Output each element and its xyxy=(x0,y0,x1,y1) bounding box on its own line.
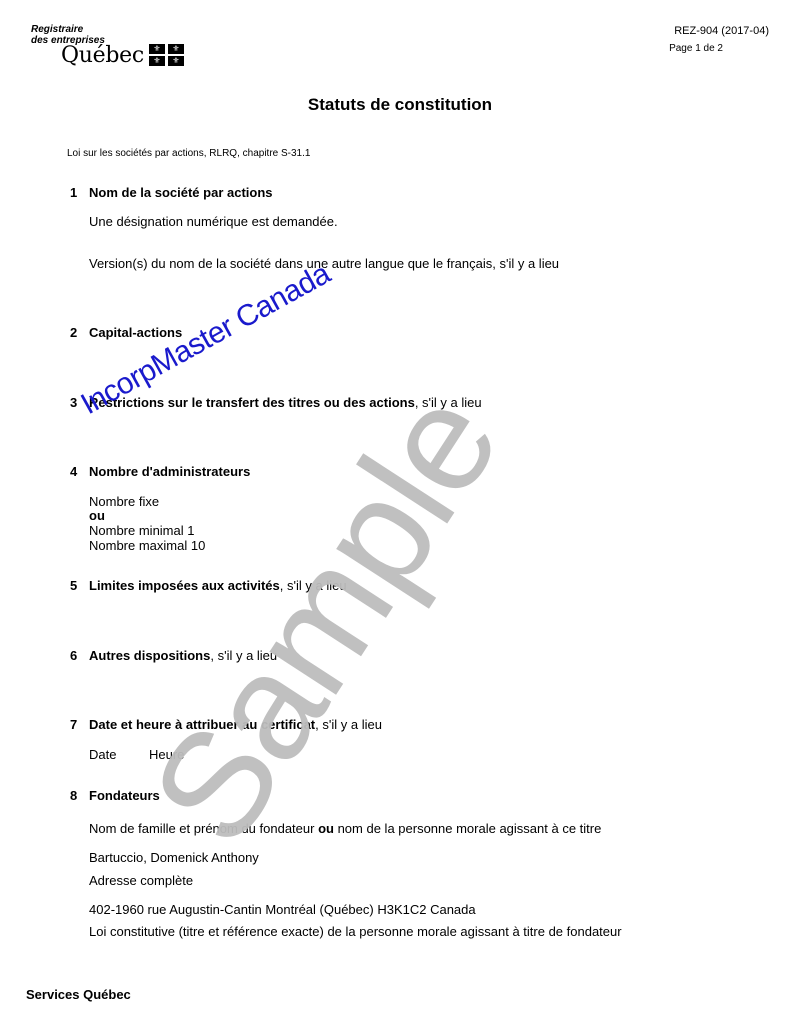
section-2-title: Capital-actions xyxy=(89,325,182,340)
sample-watermark: Sample xyxy=(117,362,533,873)
law-reference: Loi sur les sociétés par actions, RLRQ, … xyxy=(67,148,310,159)
date-label: Date xyxy=(89,747,116,762)
founder-name-label: Nom de famille et prénom du fondateur ou… xyxy=(89,821,601,836)
section-7-number: 7 xyxy=(70,717,77,732)
section-1-number: 1 xyxy=(70,185,77,200)
footer-services-quebec: Services Québec xyxy=(26,987,131,1002)
fleur-de-lis-flag-icon: ⚜⚜ ⚜⚜ xyxy=(149,44,185,66)
logo-line-1: Registraire xyxy=(31,24,105,35)
or-label: ou xyxy=(89,508,105,523)
address-label: Adresse complète xyxy=(89,873,193,888)
section-3-title: Restrictions sur le transfert des titres… xyxy=(89,395,482,410)
founder-name-value: Bartuccio, Domenick Anthony xyxy=(89,850,259,865)
form-code: REZ-904 (2017-04) xyxy=(674,25,769,37)
section-1-title: Nom de la société par actions xyxy=(89,185,273,200)
section-2-number: 2 xyxy=(70,325,77,340)
section-5-number: 5 xyxy=(70,578,77,593)
quebec-brand: Québec xyxy=(61,43,144,69)
section-7-title: Date et heure à attribuer au certificat,… xyxy=(89,717,382,732)
section-5-title: Limites imposées aux activités, s'il y a… xyxy=(89,578,347,593)
maximum-directors: Nombre maximal 10 xyxy=(89,538,205,553)
section-6-title: Autres dispositions, s'il y a lieu xyxy=(89,648,277,663)
section-8-title: Fondateurs xyxy=(89,788,160,803)
section-6-number: 6 xyxy=(70,648,77,663)
section-4-number: 4 xyxy=(70,464,77,479)
other-language-name-label: Version(s) du nom de la société dans une… xyxy=(89,256,559,271)
minimum-directors: Nombre minimal 1 xyxy=(89,523,194,538)
numeric-designation-text: Une désignation numérique est demandée. xyxy=(89,214,338,229)
section-4-title: Nombre d'administrateurs xyxy=(89,464,250,479)
page-number: Page 1 de 2 xyxy=(669,43,723,54)
address-value: 402-1960 rue Augustin-Cantin Montréal (Q… xyxy=(89,902,476,917)
document-title: Statuts de constitution xyxy=(0,95,800,115)
time-label: Heure xyxy=(149,747,184,762)
section-3-number: 3 xyxy=(70,395,77,410)
section-8-number: 8 xyxy=(70,788,77,803)
fixed-number-label: Nombre fixe xyxy=(89,494,159,509)
governing-law-label: Loi constitutive (titre et référence exa… xyxy=(89,924,622,939)
